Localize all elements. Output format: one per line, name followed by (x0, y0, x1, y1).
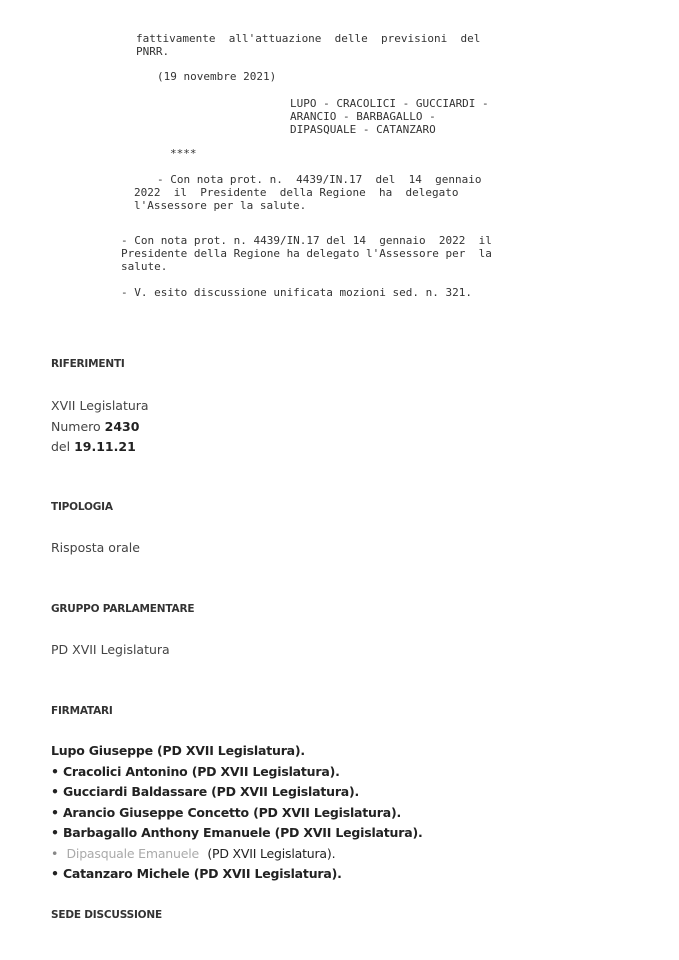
note-2-line-3: salute. (121, 260, 167, 273)
numero-row: Numero 2430 (51, 417, 149, 438)
bullet: • (51, 866, 59, 881)
signer-text: Barbagallo Anthony Emanuele (PD XVII Leg… (63, 825, 423, 840)
signer-text: Cracolici Antonino (PD XVII Legislatura)… (63, 764, 340, 779)
tipologia-heading: TIPOLOGIA (51, 501, 113, 513)
riferimenti-heading: RIFERIMENTI (51, 358, 125, 370)
note-2-line-1: - Con nota prot. n. 4439/IN.17 del 14 ge… (121, 234, 492, 247)
del-value: 19.11.21 (74, 439, 136, 454)
signatures-line-3: DIPASQUALE - CATANZARO (290, 123, 436, 136)
doc-line-1: fattivamente all'attuazione delle previs… (136, 32, 480, 45)
signer-item: • Barbagallo Anthony Emanuele (PD XVII L… (51, 823, 423, 844)
del-row: del 19.11.21 (51, 437, 149, 458)
signer-item: • Arancio Giuseppe Concetto (PD XVII Leg… (51, 803, 423, 824)
legislatura: XVII Legislatura (51, 396, 149, 417)
signatures-line-2: ARANCIO - BARBAGALLO - (290, 110, 436, 123)
signer-item: • Gucciardi Baldassare (PD XVII Legislat… (51, 782, 423, 803)
doc-line-2: PNRR. (136, 45, 169, 58)
numero-value: 2430 (105, 419, 140, 434)
del-label: del (51, 439, 70, 454)
note-3: - V. esito discussione unificata mozioni… (121, 286, 472, 299)
riferimenti-block: XVII Legislatura Numero 2430 del 19.11.2… (51, 396, 149, 458)
note-1-line-2: 2022 il Presidente della Regione ha dele… (134, 186, 459, 199)
sede-discussione-heading: SEDE DISCUSSIONE (51, 909, 162, 921)
signer-item: Lupo Giuseppe (PD XVII Legislatura). (51, 741, 423, 762)
bullet: • (51, 764, 59, 779)
gruppo-heading: GRUPPO PARLAMENTARE (51, 603, 194, 615)
bullet: • (51, 784, 59, 799)
signatures-line-1: LUPO - CRACOLICI - GUCCIARDI - (290, 97, 489, 110)
note-1-line-3: l'Assessore per la salute. (134, 199, 306, 212)
tipologia-value: Risposta orale (51, 538, 140, 559)
signer-item: • Catanzaro Michele (PD XVII Legislatura… (51, 864, 423, 885)
signer-group: (PD XVII Legislatura). (207, 846, 335, 861)
signer-text: Catanzaro Michele (PD XVII Legislatura). (63, 866, 342, 881)
bullet: • (51, 825, 59, 840)
bullet: • (51, 805, 59, 820)
gruppo-value: PD XVII Legislatura (51, 640, 170, 661)
signer-list: Lupo Giuseppe (PD XVII Legislatura). • C… (51, 741, 423, 885)
note-1-line-1: - Con nota prot. n. 4439/IN.17 del 14 ge… (157, 173, 482, 186)
doc-date: (19 novembre 2021) (157, 70, 276, 83)
signer-text: Gucciardi Baldassare (PD XVII Legislatur… (63, 784, 359, 799)
signer-text: Arancio Giuseppe Concetto (PD XVII Legis… (63, 805, 401, 820)
firmatari-heading: FIRMATARI (51, 705, 113, 717)
signer-item: • Cracolici Antonino (PD XVII Legislatur… (51, 762, 423, 783)
signer-link[interactable]: Dipasquale Emanuele (67, 846, 200, 861)
note-2-line-2: Presidente della Regione ha delegato l'A… (121, 247, 492, 260)
signer-item-linked: • Dipasquale Emanuele (PD XVII Legislatu… (51, 844, 423, 865)
bullet: • (51, 846, 58, 861)
numero-label: Numero (51, 419, 101, 434)
separator: **** (170, 147, 197, 160)
